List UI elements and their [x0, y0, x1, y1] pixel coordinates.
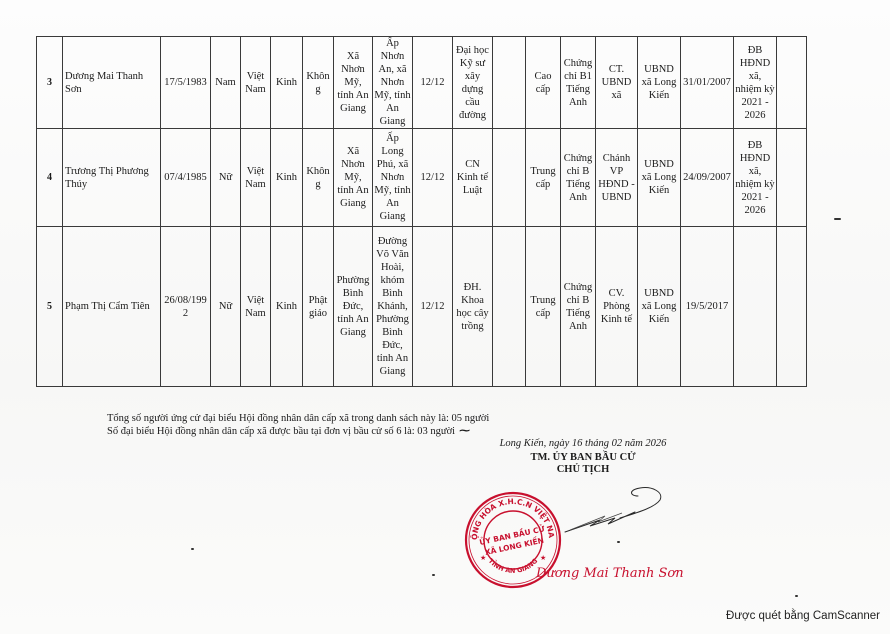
foreign-language-cell: Chứng chỉ B Tiếng Anh: [561, 227, 596, 387]
position-cell: CT. UBND xã: [596, 37, 638, 129]
professional-qualification-cell: CN Kinh tế Luật: [453, 129, 493, 227]
scan-speck: [834, 218, 841, 220]
camscanner-watermark: Được quét bằng CamScanner: [726, 610, 880, 622]
scanned-document-page: 3Dương Mai Thanh Sơn17/5/1983NamViệt Nam…: [0, 0, 890, 634]
political-theory-cell: Trung cấp: [526, 227, 561, 387]
signer-name: Dương Mai Thanh Sơn: [536, 566, 684, 581]
general-education-cell: 12/12: [413, 129, 453, 227]
svg-text:★: ★: [540, 554, 546, 562]
initials-mark-icon: ⁓: [459, 425, 470, 437]
religion-cell: Phật giáo: [303, 227, 334, 387]
workplace-cell: UBND xã Long Kiến: [638, 129, 681, 227]
ethnicity-cell: Kinh: [271, 37, 303, 129]
birth-date-cell: 07/4/1985: [161, 129, 211, 227]
extra-cell: [777, 227, 807, 387]
position-cell: Chánh VP HĐND - UBND: [596, 129, 638, 227]
extra-cell: [777, 129, 807, 227]
residence-cell: Đường Võ Văn Hoài, khóm Bình Khánh, Phườ…: [373, 227, 413, 387]
party-join-date-cell: 31/01/2007: [681, 37, 734, 129]
row-number-cell: 4: [37, 129, 63, 227]
scan-speck: [432, 574, 435, 576]
academic-degree-cell: [493, 129, 526, 227]
svg-text:★: ★: [480, 554, 486, 562]
candidate-name-cell: Trương Thị Phương Thúy: [63, 129, 161, 227]
candidate-name-cell: Dương Mai Thanh Sơn: [63, 37, 161, 129]
council-delegate-cell: [734, 227, 777, 387]
academic-degree-cell: [493, 227, 526, 387]
ethnicity-cell: Kinh: [271, 227, 303, 387]
table-row: 4Trương Thị Phương Thúy07/4/1985NữViệt N…: [37, 129, 807, 227]
candidate-name-cell: Phạm Thị Cẩm Tiên: [63, 227, 161, 387]
scan-speck: [617, 541, 620, 543]
professional-qualification-cell: ĐH. Khoa học cây trồng: [453, 227, 493, 387]
scan-speck: [191, 548, 194, 550]
residence-cell: Ấp Nhơn An, xã Nhơn Mỹ, tỉnh An Giang: [373, 37, 413, 129]
general-education-cell: 12/12: [413, 37, 453, 129]
extra-cell: [777, 37, 807, 129]
handwritten-signature-icon: [560, 482, 670, 542]
place-date: Long Kiến, ngày 16 tháng 02 năm 2026: [488, 438, 678, 449]
organization-title: TM. ỦY BAN BẦU CỬ: [488, 451, 678, 464]
religion-cell: Không: [303, 37, 334, 129]
birth-date-cell: 17/5/1983: [161, 37, 211, 129]
party-join-date-cell: 24/09/2007: [681, 129, 734, 227]
candidate-table: 3Dương Mai Thanh Sơn17/5/1983NamViệt Nam…: [36, 36, 807, 387]
professional-qualification-cell: Đại học Kỹ sư xây dựng cầu đường: [453, 37, 493, 129]
ethnicity-cell: Kinh: [271, 129, 303, 227]
svg-text:TỈNH AN GIANG: TỈNH AN GIANG: [487, 557, 540, 575]
workplace-cell: UBND xã Long Kiến: [638, 37, 681, 129]
academic-degree-cell: [493, 37, 526, 129]
council-delegate-cell: ĐB HĐND xã, nhiệm kỳ 2021 - 2026: [734, 129, 777, 227]
workplace-cell: UBND xã Long Kiến: [638, 227, 681, 387]
council-delegate-cell: ĐB HĐND xã, nhiệm kỳ 2021 - 2026: [734, 37, 777, 129]
election-summary: Tổng số người ứng cử đại biểu Hội đồng n…: [107, 412, 489, 438]
nationality-cell: Việt Nam: [241, 37, 271, 129]
row-number-cell: 3: [37, 37, 63, 129]
foreign-language-cell: Chứng chỉ B Tiếng Anh: [561, 129, 596, 227]
party-join-date-cell: 19/5/2017: [681, 227, 734, 387]
general-education-cell: 12/12: [413, 227, 453, 387]
hometown-cell: Xã Nhơn Mỹ, tỉnh An Giang: [334, 129, 373, 227]
total-candidates-text: Tổng số người ứng cử đại biểu Hội đồng n…: [107, 412, 489, 425]
birth-date-cell: 26/08/1992: [161, 227, 211, 387]
gender-cell: Nam: [211, 37, 241, 129]
delegates-to-elect-text: Số đại biểu Hội đồng nhân dân cấp xã đượ…: [107, 426, 455, 437]
nationality-cell: Việt Nam: [241, 129, 271, 227]
residence-cell: Ấp Long Phú, xã Nhơn Mỹ, tỉnh An Giang: [373, 129, 413, 227]
scan-speck: [795, 595, 798, 597]
role-title: CHỦ TỊCH: [488, 464, 678, 475]
table-row: 5Phạm Thị Cẩm Tiên26/08/1992NữViệt NamKi…: [37, 227, 807, 387]
hometown-cell: Xã Nhơn Mỹ, tỉnh An Giang: [334, 37, 373, 129]
position-cell: CV. Phòng Kinh tế: [596, 227, 638, 387]
political-theory-cell: Cao cấp: [526, 37, 561, 129]
hometown-cell: Phường Bình Đức, tỉnh An Giang: [334, 227, 373, 387]
gender-cell: Nữ: [211, 227, 241, 387]
row-number-cell: 5: [37, 227, 63, 387]
political-theory-cell: Trung cấp: [526, 129, 561, 227]
religion-cell: Không: [303, 129, 334, 227]
nationality-cell: Việt Nam: [241, 227, 271, 387]
table-row: 3Dương Mai Thanh Sơn17/5/1983NamViệt Nam…: [37, 37, 807, 129]
gender-cell: Nữ: [211, 129, 241, 227]
foreign-language-cell: Chứng chỉ B1 Tiếng Anh: [561, 37, 596, 129]
